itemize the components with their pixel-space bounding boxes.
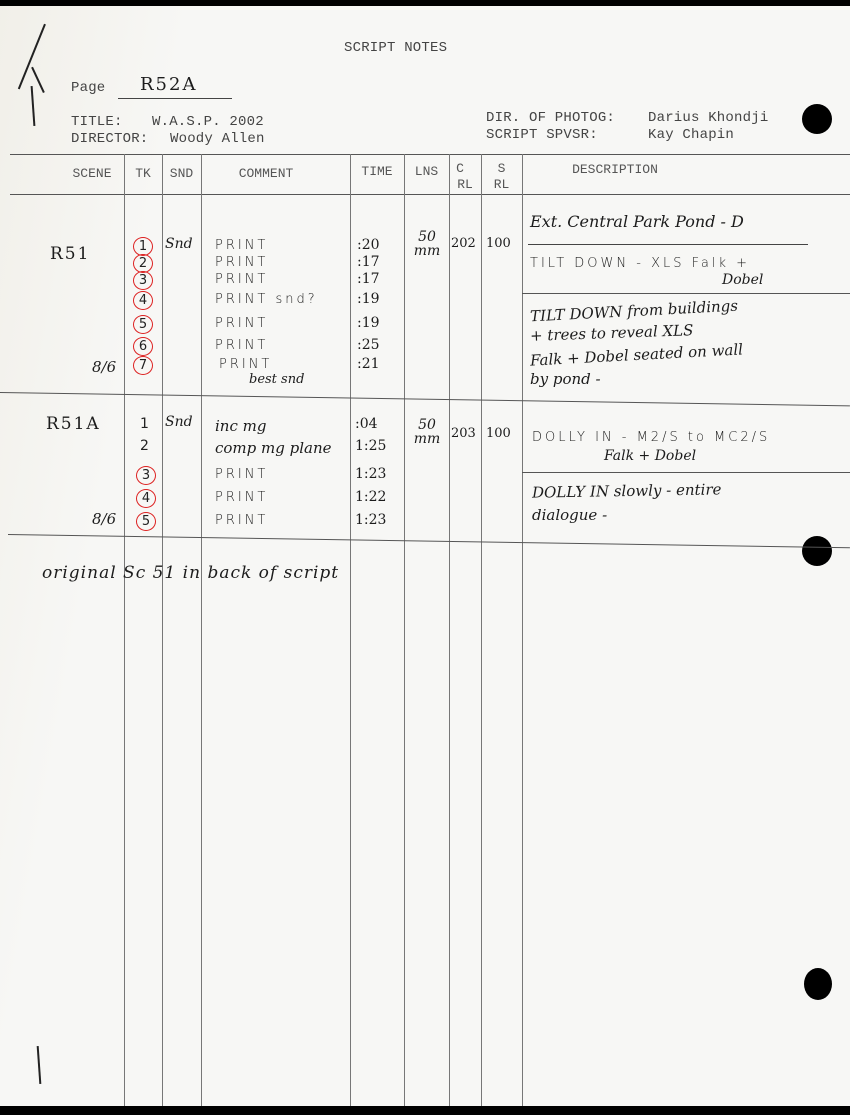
scene-number: R51A [46, 414, 101, 434]
description-line-2: + trees to reveal XLS [530, 321, 694, 345]
margin-tick [31, 86, 35, 126]
scene-date: 8/6 [92, 510, 116, 528]
circled-take-number: 5 [136, 512, 156, 531]
description-divider [522, 472, 850, 473]
circled-take-number: 3 [133, 271, 153, 290]
take-time: 1:25 [355, 438, 386, 454]
scene-row-separator [0, 392, 850, 406]
camera-roll: 203 [451, 426, 476, 441]
sound-note: Snd [165, 236, 193, 252]
header-crl-bottom: RL [449, 177, 481, 193]
header-lns: LNS [404, 164, 449, 180]
binder-hole-bottom [804, 968, 832, 1000]
take-time: :20 [357, 237, 380, 253]
take-time: :17 [357, 254, 380, 270]
take-comment: PRINT snd? [215, 292, 318, 307]
circled-take-number: 5 [133, 315, 153, 334]
description-line-3: Falk + Dobel seated on wall [530, 340, 744, 369]
director-value: Woody Allen [170, 131, 265, 147]
shot-line-2: Dobel [722, 272, 763, 288]
lens: 50 mm [410, 418, 444, 446]
page-underline [118, 98, 232, 99]
take-time: 1:23 [355, 512, 386, 528]
take-comment: PRINT [215, 490, 268, 505]
take-time: 1:22 [355, 489, 386, 505]
take-time: :17 [357, 271, 380, 287]
take-time: :19 [357, 315, 380, 331]
take-comment: PRINT [215, 467, 268, 482]
slug-underline [528, 244, 808, 245]
take-number: 1 [140, 416, 149, 432]
binder-hole-top [802, 104, 832, 134]
shot-line-1: TILT DOWN - XLS Falk + [530, 256, 750, 271]
col-divider-time [350, 154, 351, 1106]
col-divider-crl [449, 154, 450, 1106]
col-divider-tk [124, 154, 125, 1106]
take-comment: inc mg [215, 417, 266, 435]
take-comment: comp mg plane [215, 439, 332, 457]
take-time: :04 [355, 416, 378, 432]
table-top-rule [10, 154, 850, 155]
header-scene: SCENE [60, 166, 124, 182]
description-line-4: by pond - [530, 370, 601, 388]
scene-date: 8/6 [92, 358, 116, 376]
col-divider-description [522, 154, 523, 1106]
take-number: 2 [140, 438, 149, 454]
description-line-2: dialogue - [532, 506, 607, 524]
camera-roll: 202 [451, 236, 476, 251]
checkmark-icon [18, 24, 46, 89]
description-divider [522, 293, 850, 294]
shot-line-1: DOLLY IN - M2/S to MC2/S [532, 430, 770, 445]
title-label: TITLE: [71, 114, 123, 130]
circled-take-number: 4 [133, 291, 153, 310]
take-comment-note: best snd [249, 372, 304, 387]
header-srl-bottom: RL [481, 177, 522, 193]
supervisor-label: SCRIPT SPVSR: [486, 127, 598, 143]
circled-take-number: 7 [133, 356, 153, 375]
description-line-1: TILT DOWN from buildings [530, 297, 739, 326]
take-comment: PRINT [215, 316, 268, 331]
col-divider-srl [481, 154, 482, 1106]
circled-take-number: 3 [136, 466, 156, 485]
circled-take-number: 4 [136, 489, 156, 508]
page-number: R52A [140, 74, 197, 95]
header-snd: SND [162, 166, 201, 182]
header-time: TIME [350, 164, 404, 180]
col-divider-lns [404, 154, 405, 1106]
take-time: :19 [357, 291, 380, 307]
supervisor-value: Kay Chapin [648, 127, 734, 143]
header-srl-top: S [481, 161, 522, 177]
take-comment: PRINT [215, 338, 268, 353]
take-comment: PRINT [215, 272, 268, 287]
binder-hole-middle [802, 536, 832, 566]
dop-value: Darius Khondji [648, 110, 768, 126]
sound-note: Snd [165, 414, 193, 430]
title-value: W.A.S.P. 2002 [152, 114, 264, 130]
slug-line: Ext. Central Park Pond - D [530, 212, 744, 231]
take-time: :25 [357, 337, 380, 353]
description-line-1: DOLLY IN slowly - entire [532, 480, 722, 501]
scene-row-separator [8, 534, 850, 548]
header-crl-top: C [449, 161, 471, 177]
director-label: DIRECTOR: [71, 131, 148, 147]
checkmark-icon-short [31, 67, 44, 93]
header-description: DESCRIPTION [530, 162, 700, 178]
take-comment: PRINT [215, 513, 268, 528]
sound-roll: 100 [486, 236, 511, 251]
page-label: Page [71, 80, 105, 96]
margin-tick-bottom [37, 1046, 41, 1084]
footnote: original Sc 51 in back of script [42, 563, 339, 583]
header-tk: TK [124, 166, 162, 182]
script-notes-page: SCRIPT NOTES Page R52A TITLE: W.A.S.P. 2… [0, 6, 850, 1106]
take-time: 1:23 [355, 466, 386, 482]
take-comment: PRINT [215, 238, 268, 253]
col-divider-snd [162, 154, 163, 1106]
dop-label: DIR. OF PHOTOG: [486, 110, 615, 126]
lens: 50 mm [410, 230, 444, 258]
scene-number: R51 [50, 244, 90, 264]
take-time: :21 [357, 356, 380, 372]
shot-line-2: Falk + Dobel [604, 448, 696, 464]
header-comment: COMMENT [201, 166, 331, 182]
col-divider-comment [201, 154, 202, 1106]
take-comment: PRINT [215, 255, 268, 270]
form-title: SCRIPT NOTES [344, 40, 447, 56]
table-header-rule [10, 194, 850, 195]
sound-roll: 100 [486, 426, 511, 441]
circled-take-number: 6 [133, 337, 153, 356]
take-comment: PRINT [219, 357, 272, 372]
